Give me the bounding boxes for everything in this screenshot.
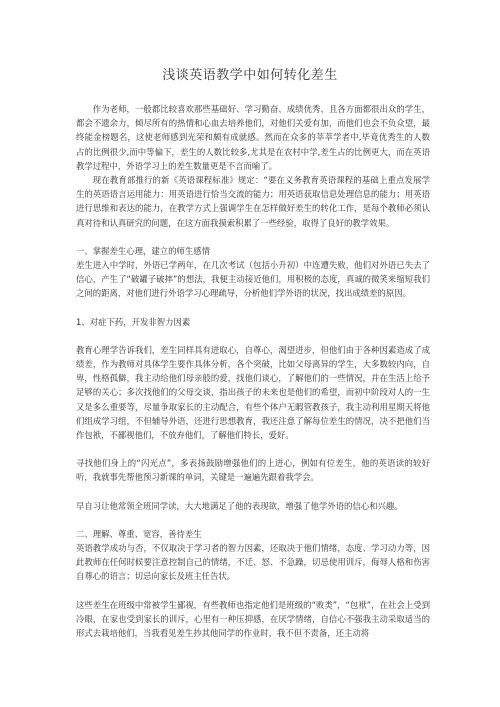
section-2-paragraph-2: 这些差生在班级中常被学生鄙视，有些教师也指定他们是班级的“败类”，“包袱”，在社… bbox=[76, 598, 430, 641]
document-page: 浅谈英语教学中如何转化差生 作为老师，一般都比较喜欢那些基础好、学习勤奋、成绩优… bbox=[0, 0, 500, 707]
section-2-heading: 二、理解、尊重、宽容，善待差生 bbox=[76, 527, 430, 541]
spacer bbox=[76, 513, 430, 527]
section-2-paragraph-1: 英语教学成功与否，不仅取决于学习者的智力因素，还取决于他们情绪，态度、学习动力等… bbox=[76, 541, 430, 584]
spacer bbox=[76, 301, 430, 315]
spacer bbox=[76, 230, 430, 244]
spacer bbox=[76, 442, 430, 456]
subsection-1-heading: 1、对症下药，开发非智力因素 bbox=[76, 315, 430, 329]
document-title: 浅谈英语教学中如何转化差生 bbox=[0, 64, 500, 83]
spacer bbox=[76, 584, 430, 598]
subsection-1-paragraph-3: 早自习让他常领全班同学读，大大地满足了他的表现欲，增强了他学外语的信心和兴趣。 bbox=[76, 499, 430, 513]
section-1-heading: 一、掌握差生心理，建立的师生感情 bbox=[76, 244, 430, 258]
subsection-1-paragraph-1: 教育心理学告诉我们，差生同样具有进取心，自尊心，渴望进步，但他们由于各种因素造成… bbox=[76, 343, 430, 442]
spacer bbox=[76, 485, 430, 499]
intro-paragraph-1: 作为老师，一般都比较喜欢那些基础好、学习勤奋、成绩优秀、且各方面都很出众的学生，… bbox=[76, 102, 430, 173]
spacer bbox=[76, 329, 430, 343]
intro-paragraph-2: 现在教育部推行的新《英语课程标准》规定：“要在义务教育英语课程的基础上重点发展学… bbox=[76, 173, 430, 230]
section-1-text: 差生进入中学时，外语已学两年，在几次考试（包括小升初）中连遭失败，他们对外语已失… bbox=[76, 258, 430, 301]
document-body: 作为老师，一般都比较喜欢那些基础好、学习勤奋、成绩优秀、且各方面都很出众的学生，… bbox=[76, 102, 430, 640]
subsection-1-paragraph-2: 寻找他们身上的“闪光点”，多表扬鼓励增强他们的上进心，例如有位差生，他的英语读的… bbox=[76, 456, 430, 484]
